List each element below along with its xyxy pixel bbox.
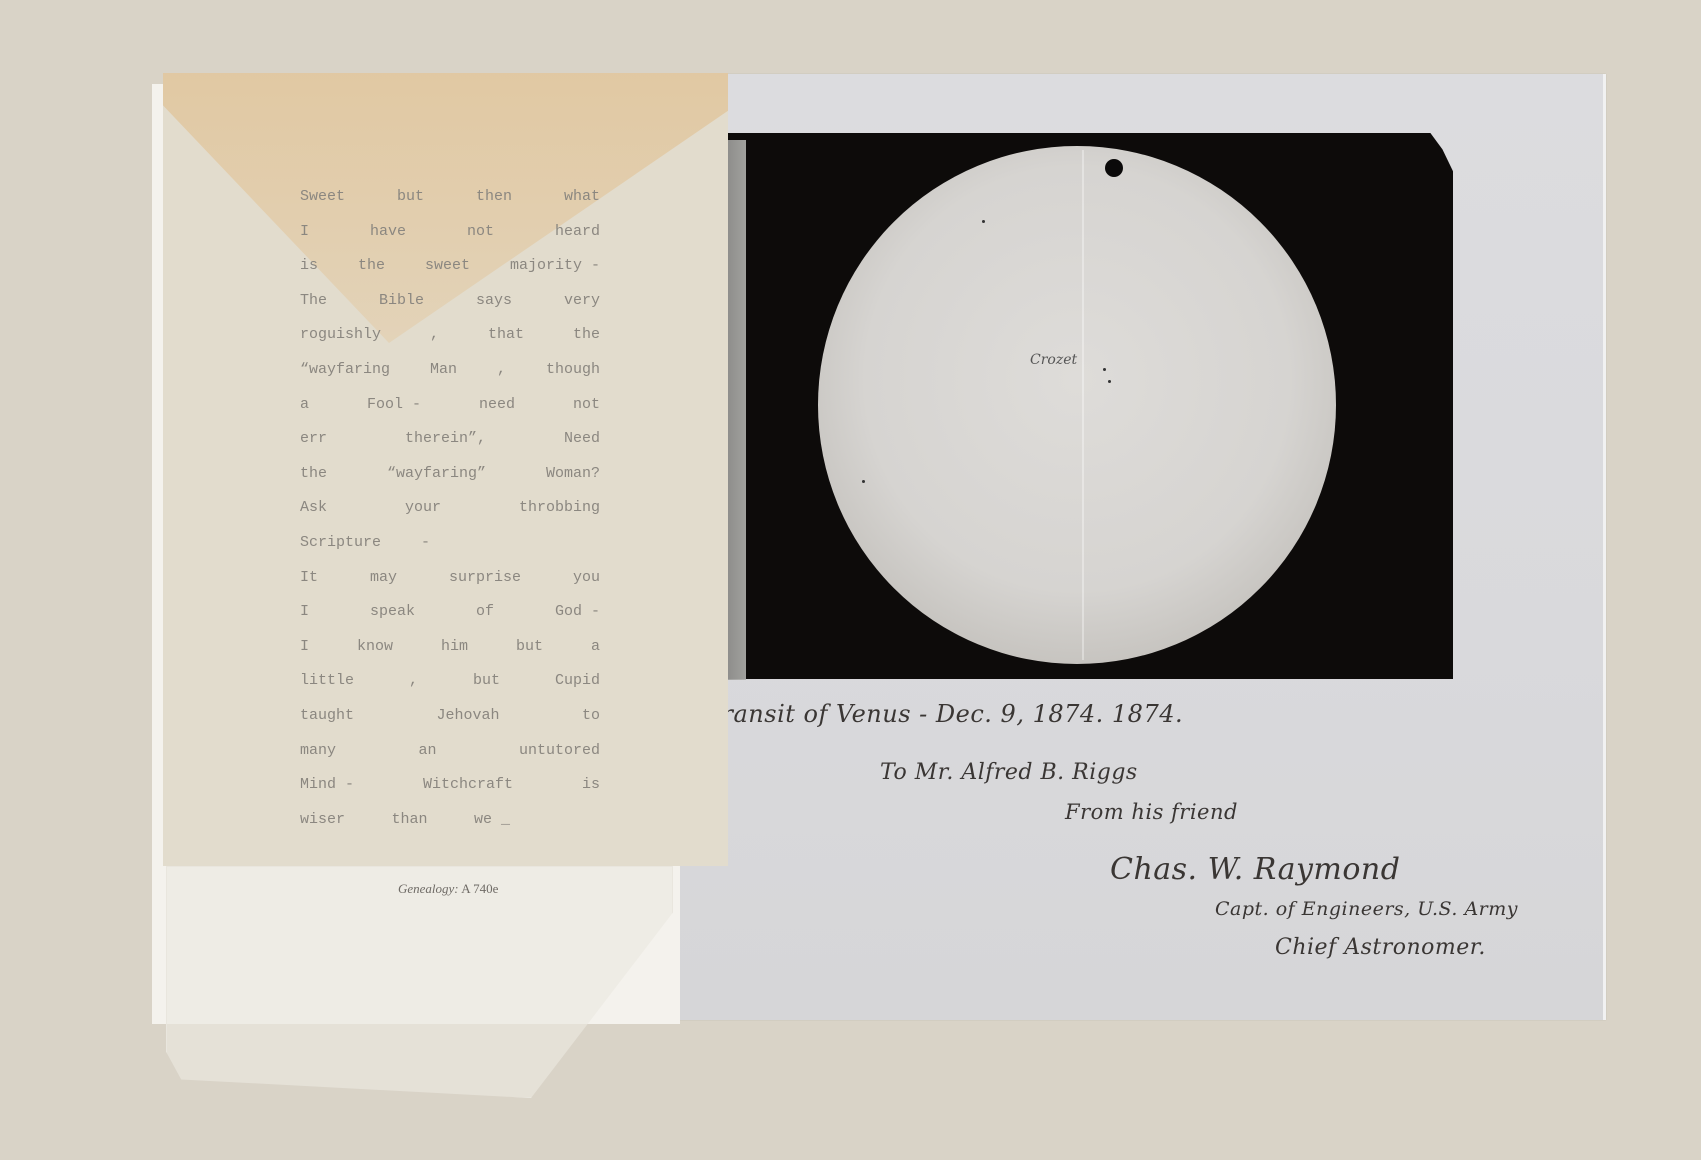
typed-line: IspeakofGod - [300, 603, 600, 638]
typed-line: the“wayfaring”Woman? [300, 465, 600, 500]
speck-mark [1108, 380, 1111, 383]
venus-dot-icon [1105, 159, 1123, 177]
typed-line: Ihavenotheard [300, 223, 600, 258]
typed-line: wiserthanwe _ [300, 811, 510, 846]
catalog-label-prefix: Genealogy: [398, 881, 459, 896]
signature: Chas. W. Raymond [1110, 852, 1400, 887]
typed-line: “wayfaringMan,though [300, 361, 600, 396]
solar-disk [818, 146, 1336, 664]
typed-line: little,butCupid [300, 672, 600, 707]
typed-line: Askyourthrobbing [300, 499, 600, 534]
catalog-label-code: A 740e [461, 881, 498, 896]
typed-line: errtherein”,Need [300, 430, 600, 465]
inscription-from: From his friend [1065, 800, 1238, 824]
typed-line: taughtJehovahto [300, 707, 600, 742]
plate-seam-line [1082, 150, 1084, 660]
tissue-overlay-bottom [166, 866, 673, 1098]
signer-title: Capt. of Engineers, U.S. Army [1215, 898, 1518, 920]
typed-line: manyanuntutored [300, 742, 600, 777]
typed-line: aFool -neednot [300, 396, 600, 431]
typed-line: Mind -Witchcraftis [300, 776, 600, 811]
speck-mark [982, 220, 985, 223]
disk-annotation: Crozet [1030, 352, 1077, 368]
typed-line: Itmaysurpriseyou [300, 569, 600, 604]
typed-line: roguishly,thatthe [300, 326, 600, 361]
signer-role: Chief Astronomer. [1275, 935, 1486, 960]
speck-mark [1103, 368, 1106, 371]
typed-line: isthesweetmajority - [300, 257, 600, 292]
inscription-recipient: To Mr. Alfred B. Riggs [880, 760, 1138, 785]
catalog-label: Genealogy: A 740e [398, 881, 498, 897]
typed-poem: Sweetbutthenwhat Ihavenotheard istheswee… [300, 188, 600, 845]
typed-line: TheBiblesaysvery [300, 292, 600, 327]
typed-line: Sweetbutthenwhat [300, 188, 600, 223]
inscription-title: Transit of Venus - Dec. 9, 1874. 1874. [705, 700, 1183, 728]
speck-mark [862, 480, 865, 483]
typed-line: Iknowhimbuta [300, 638, 600, 673]
typed-line: Scripture- [300, 534, 600, 569]
